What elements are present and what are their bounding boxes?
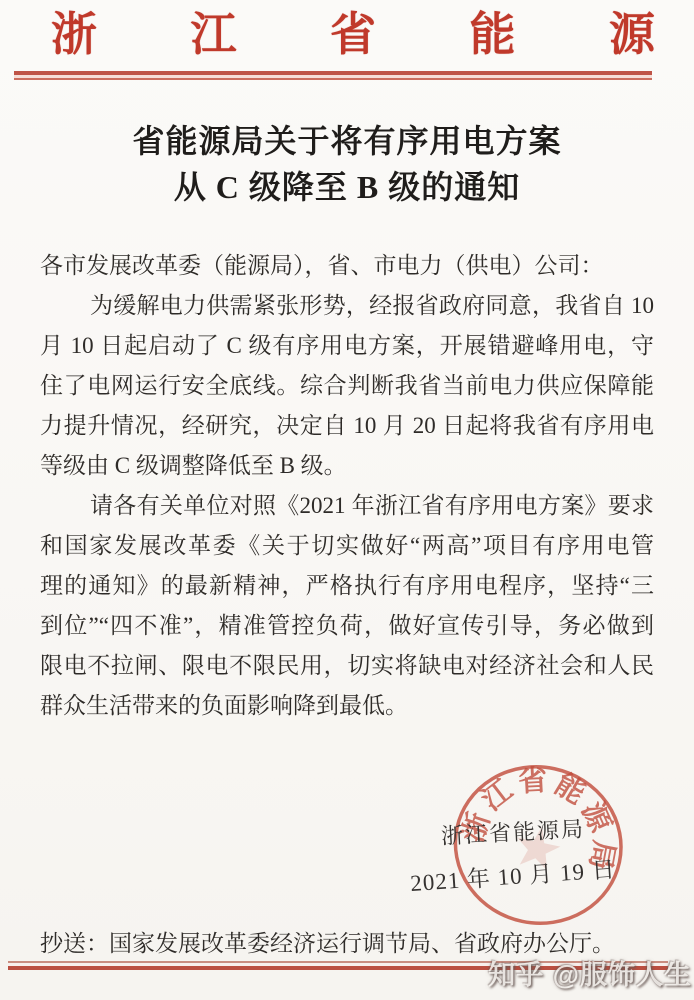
- scanned-official-document: 浙 江 省 能 源 局 省能源局关于将有序用电方案 从 C 级降至 B 级的通知…: [0, 0, 694, 1000]
- body-line: 到位”“四不准”，精准管控负荷，做好宣传引导，务必做到: [40, 606, 654, 646]
- body-line: 请各有关单位对照《2021 年浙江省有序用电方案》要求: [40, 486, 654, 526]
- document-title-line2: 从 C 级降至 B 级的通知: [0, 164, 694, 210]
- body-line: 月 10 日起启动了 C 级有序用电方案，开展错避峰用电，守: [40, 326, 654, 366]
- body-line: 各市发展改革委（能源局），省、市电力（供电）公司：: [40, 246, 654, 286]
- body-line: 等级由 C 级调整降低至 B 级。: [40, 446, 654, 486]
- body-line: 和国家发展改革委《关于切实做好“两高”项目有序用电管: [40, 526, 654, 566]
- zhihu-watermark: 知乎 @服饰人生: [488, 953, 692, 992]
- letterhead-title: 浙 江 省 能 源 局: [10, 8, 694, 62]
- body-line: 力提升情况，经研究，决定自 10 月 20 日起将我省有序用电: [40, 406, 654, 446]
- body-line: 为缓解电力供需紧张形势，经报省政府同意，我省自 10: [40, 286, 654, 326]
- body-line: 群众生活带来的负面影响降到最低。: [40, 686, 654, 726]
- document-title: 省能源局关于将有序用电方案 从 C 级降至 B 级的通知: [0, 118, 694, 210]
- body-line: 住了电网运行安全底线。综合判断我省当前电力供应保障能: [40, 366, 654, 406]
- document-title-line1: 省能源局关于将有序用电方案: [0, 118, 694, 164]
- letterhead-double-rule: [14, 71, 652, 80]
- document-body: 各市发展改革委（能源局），省、市电力（供电）公司：为缓解电力供需紧张形势，经报省…: [40, 246, 654, 726]
- body-line: 限电不拉闸、限电不限民用，切实将缺电对经济社会和人民: [40, 646, 654, 686]
- body-line: 理的通知》的最新精神，严格执行有序用电程序，坚持“三: [40, 566, 654, 606]
